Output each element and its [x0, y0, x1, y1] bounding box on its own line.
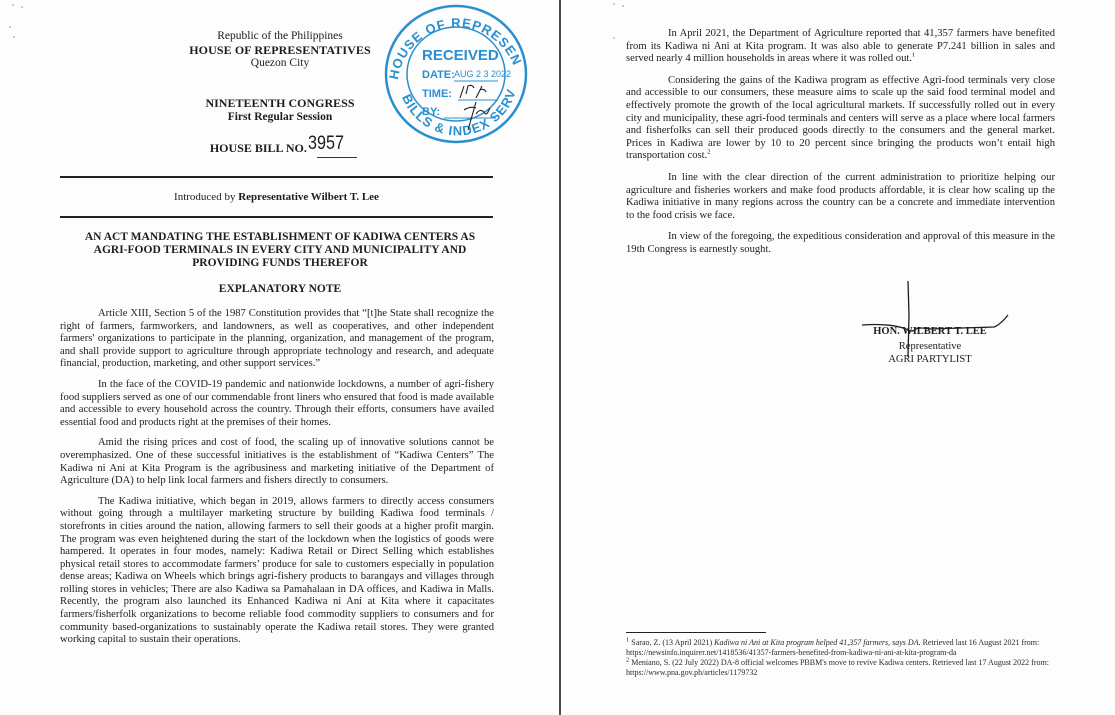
explanatory-note-body: Article XIII, Section 5 of the 1987 Cons… [60, 308, 494, 655]
bill-number-underline [317, 157, 357, 158]
received-stamp: HOUSE OF REPRESENTATIVES BILLS & INDEX S… [380, 2, 530, 147]
scan-speck [13, 36, 15, 38]
footnote-rule [626, 632, 766, 633]
paragraph: Article XIII, Section 5 of the 1987 Cons… [60, 308, 494, 371]
footnote-2: 2 Meniano, S. (22 July 2022) DA-8 offici… [626, 658, 1056, 678]
act-title-line: AN ACT MANDATING THE ESTABLISHMENT OF KA… [60, 231, 500, 244]
act-title-line: AGRI-FOOD TERMINALS IN EVERY CITY AND MU… [60, 244, 500, 257]
footnote-ref[interactable]: 2 [707, 149, 710, 156]
city-line: Quezon City [155, 57, 405, 70]
explanatory-note-continued: In April 2021, the Department of Agricul… [626, 28, 1055, 266]
paragraph: Amid the rising prices and cost of food,… [60, 437, 494, 487]
document-page-1: Republic of the Philippines HOUSE OF REP… [0, 0, 559, 715]
divider-rule [60, 216, 493, 218]
footnote-ref[interactable]: 1 [912, 52, 915, 59]
divider-rule [60, 176, 493, 178]
letterhead: Republic of the Philippines HOUSE OF REP… [155, 30, 405, 70]
act-title: AN ACT MANDATING THE ESTABLISHMENT OF KA… [60, 231, 500, 270]
paragraph: Considering the gains of the Kadiwa prog… [626, 75, 1055, 163]
congress-block: NINETEENTH CONGRESS First Regular Sessio… [155, 96, 405, 124]
stamp-by-label: BY: [422, 106, 440, 118]
scan-speck [613, 37, 615, 39]
stamp-status: RECEIVED [422, 47, 499, 64]
congress-name: NINETEENTH CONGRESS [155, 96, 405, 110]
signatory-title: Representative [840, 341, 1020, 352]
paragraph: The Kadiwa initiative, which began in 20… [60, 496, 494, 647]
scan-speck [9, 26, 11, 28]
introduced-author: Representative Wilbert T. Lee [238, 191, 379, 203]
bill-number: 3957 [308, 133, 344, 155]
paragraph: In line with the clear direction of the … [626, 172, 1055, 222]
scan-speck [21, 6, 23, 8]
republic-line: Republic of the Philippines [155, 30, 405, 43]
paragraph: In the face of the COVID-19 pandemic and… [60, 379, 494, 429]
signatory-name: HON. WILBERT T. LEE [840, 326, 1020, 337]
stamp-date-label: DATE: [422, 69, 455, 81]
act-title-line: PROVIDING FUNDS THEREFOR [60, 257, 500, 270]
congress-session: First Regular Session [155, 110, 405, 124]
paragraph: In April 2021, the Department of Agricul… [626, 28, 1055, 66]
section-heading: EXPLANATORY NOTE [60, 283, 500, 295]
footnotes: 1 Sarao, Z. (13 April 2021) Kadiwa ni An… [626, 638, 1056, 678]
scan-speck [622, 5, 624, 7]
bill-label: HOUSE BILL NO. [210, 141, 307, 155]
signatory-party: AGRI PARTYLIST [840, 354, 1020, 365]
bill-number-line: HOUSE BILL NO.3957 [155, 136, 405, 158]
house-line: HOUSE OF REPRESENTATIVES [155, 43, 405, 57]
paragraph: In view of the foregoing, the expeditiou… [626, 231, 1055, 256]
scan-speck [12, 4, 14, 6]
scan-speck [613, 3, 615, 5]
stamp-time-label: TIME: [422, 88, 452, 100]
stamp-date-value: AUG 2 3 2022 [454, 69, 511, 79]
footnote-1: 1 Sarao, Z. (13 April 2021) Kadiwa ni An… [626, 638, 1056, 658]
introduced-prefix: Introduced by [174, 191, 238, 203]
introduced-by: Introduced by Representative Wilbert T. … [60, 191, 493, 203]
